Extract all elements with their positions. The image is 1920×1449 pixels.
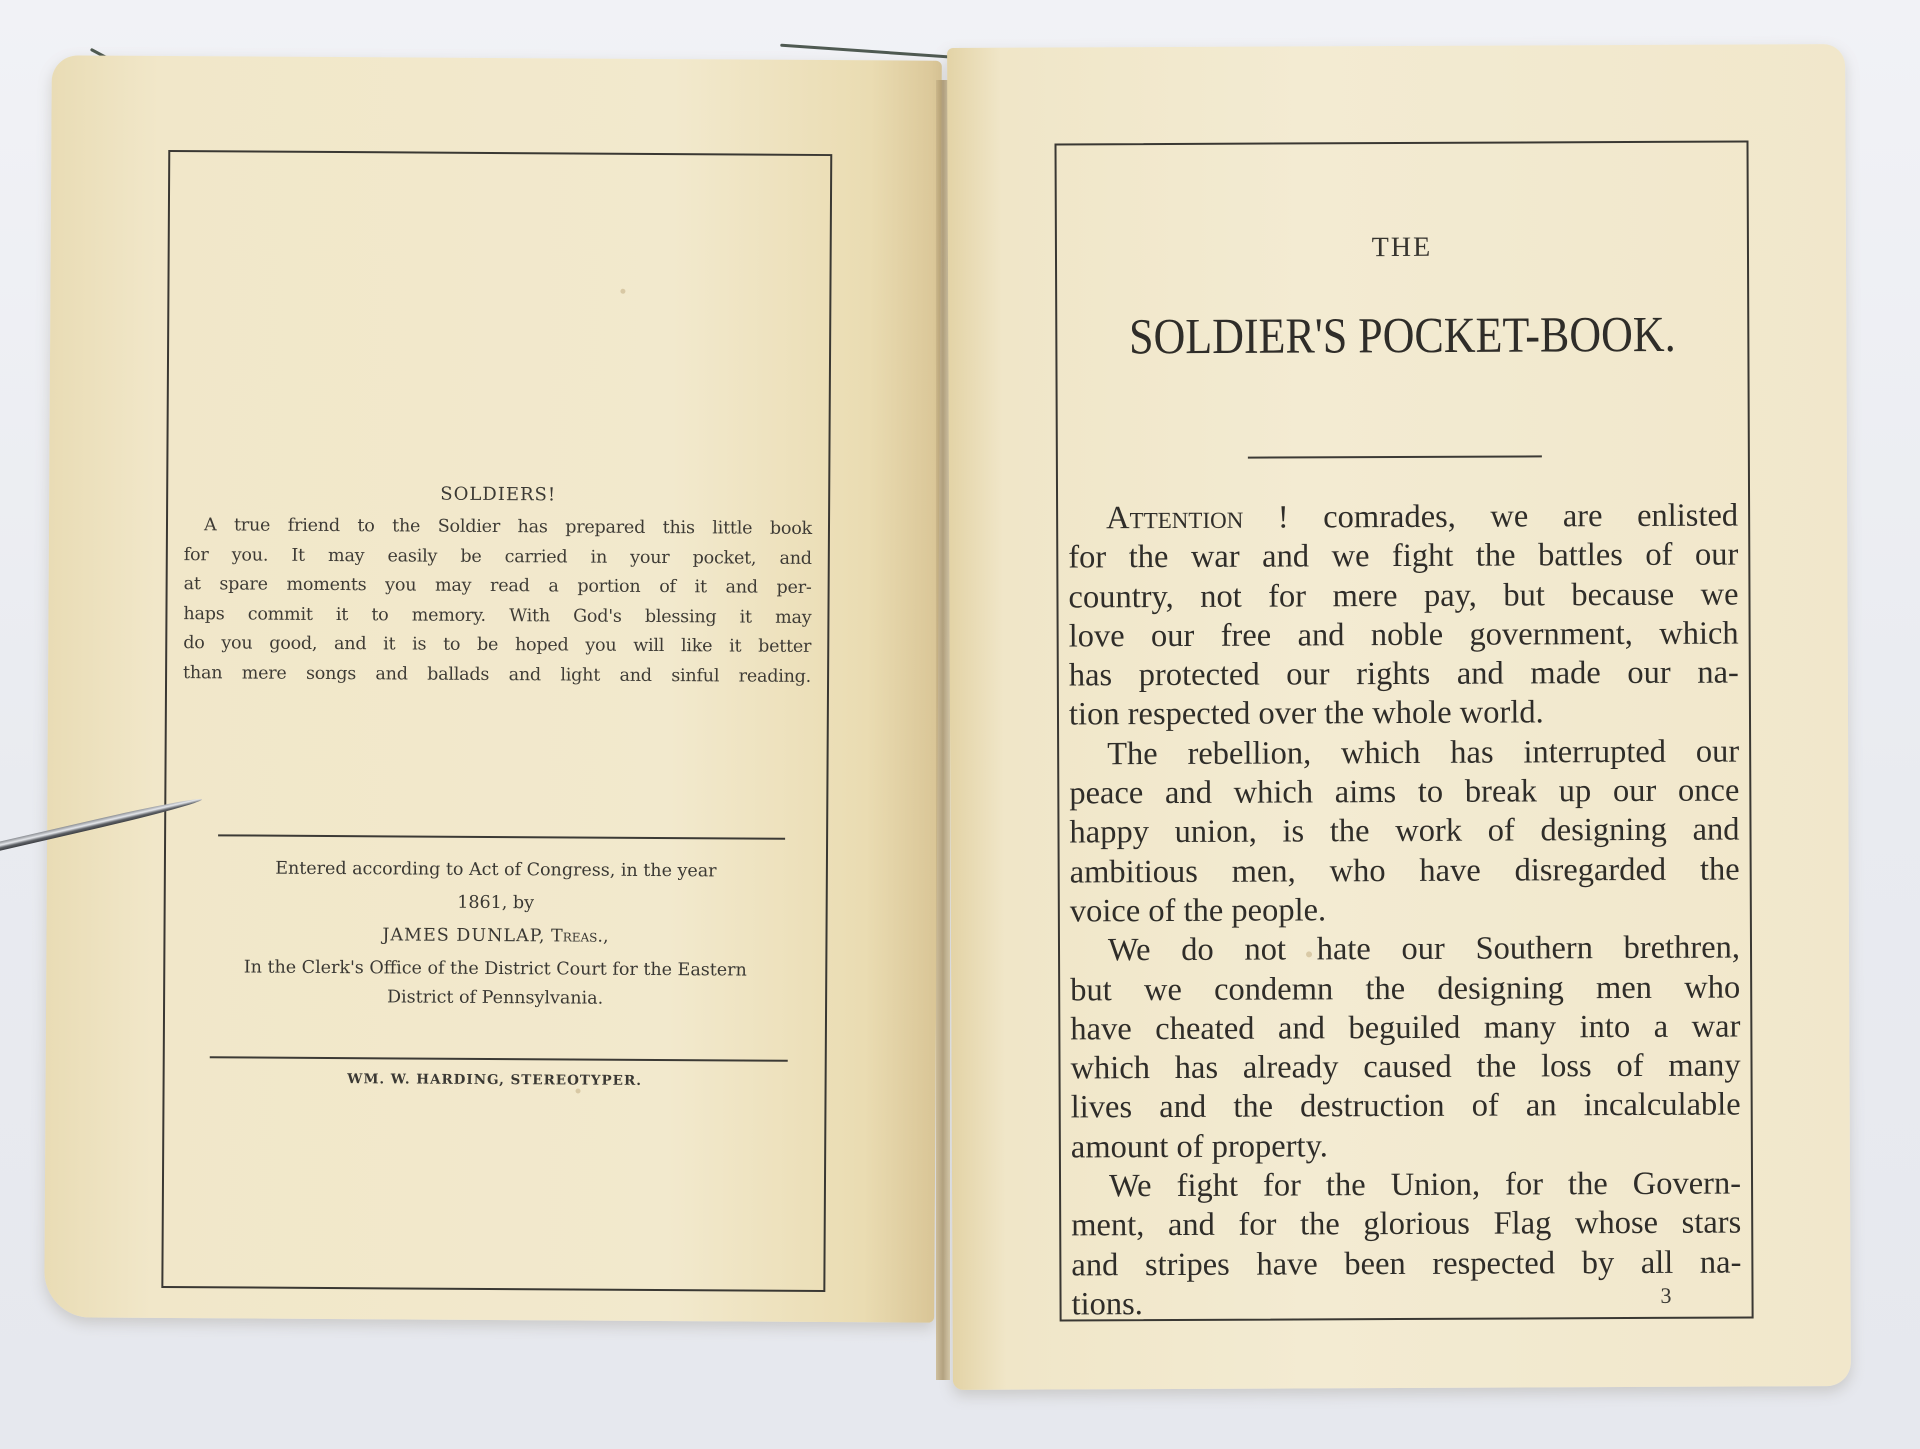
- text-line: ambitious men, who have disregarded the: [1070, 850, 1740, 892]
- copyright-holder: JAMES DUNLAP, Treas.,: [175, 918, 815, 955]
- page-title: SOLDIER'S POCKET-BOOK.: [1057, 305, 1747, 367]
- text-line: have cheated and beguiled many into a wa…: [1070, 1007, 1740, 1049]
- copyright-year: 1861, by: [176, 885, 816, 922]
- notice-line: haps commit it to memory. With God's ble…: [183, 600, 811, 633]
- text-line: voice of the people.: [1070, 889, 1740, 931]
- text-line: amount of property.: [1071, 1125, 1741, 1167]
- divider-rule: [218, 834, 785, 839]
- left-page-frame: SOLDIERS! A true friend to the Soldier h…: [161, 150, 832, 1292]
- holder-title: Treas.,: [551, 926, 609, 946]
- copyright-line: Entered according to Act of Congress, in…: [176, 852, 816, 889]
- notice-heading: SOLDIERS!: [184, 482, 812, 507]
- text-line: which has already caused the loss of man…: [1070, 1047, 1740, 1089]
- notice-line: for you. It may easily be carried in you…: [184, 541, 812, 574]
- text-line: lives and the destruction of an incalcul…: [1071, 1086, 1741, 1128]
- right-page-frame: THE SOLDIER'S POCKET-BOOK. Attention ! c…: [1054, 140, 1753, 1321]
- text-line: for the war and we fight the battles of …: [1068, 536, 1738, 578]
- title-rule: [1248, 455, 1542, 458]
- notice-line: do you good, and it is to be hoped you w…: [183, 629, 811, 662]
- stereotyper-credit: WM. W. HARDING, STEREOTYPER.: [165, 1070, 825, 1090]
- notice-line: A true friend to the Soldier has prepare…: [184, 511, 812, 544]
- page-number: 3: [1660, 1283, 1671, 1309]
- text-line: We fight for the Union, for the Govern-: [1071, 1165, 1741, 1207]
- title-article: THE: [1057, 230, 1747, 265]
- text-line: but we condemn the designing men who: [1070, 968, 1740, 1010]
- soldiers-notice: SOLDIERS! A true friend to the Soldier h…: [183, 482, 812, 692]
- text-fragment: ! comrades, we are enlisted: [1243, 498, 1738, 536]
- copyright-notice: Entered according to Act of Congress, in…: [175, 852, 816, 1017]
- text-line: peace and which aims to break up our onc…: [1069, 772, 1739, 814]
- notice-line: at spare moments you may read a portion …: [184, 570, 812, 603]
- notice-body: A true friend to the Soldier has prepare…: [183, 511, 812, 692]
- right-page: THE SOLDIER'S POCKET-BOOK. Attention ! c…: [947, 44, 1851, 1390]
- text-line: The rebellion, which has interrupted our: [1069, 732, 1739, 774]
- text-line: ment, and for the glorious Flag whose st…: [1071, 1204, 1741, 1246]
- text-line: love our free and noble government, whic…: [1069, 614, 1739, 656]
- divider-rule: [210, 1056, 788, 1062]
- holder-name: JAMES DUNLAP,: [382, 925, 545, 946]
- notice-line: than mere songs and ballads and light an…: [183, 659, 811, 692]
- body-text: Attention ! comrades, we are enlisted fo…: [1068, 497, 1742, 1325]
- lead-word: Attention: [1106, 500, 1243, 537]
- text-line: has protected our rights and made our na…: [1069, 654, 1739, 696]
- text-line: and stripes have been respected by all n…: [1071, 1243, 1741, 1285]
- text-line: tion respected over the whole world.: [1069, 693, 1739, 735]
- text-line: happy union, is the work of designing an…: [1069, 811, 1739, 853]
- text-line: Attention ! comrades, we are enlisted: [1068, 497, 1738, 539]
- text-line: tions.: [1071, 1282, 1741, 1324]
- left-page: SOLDIERS! A true friend to the Soldier h…: [44, 55, 942, 1322]
- text-line: We do not hate our Southern brethren,: [1070, 929, 1740, 971]
- text-line: country, not for mere pay, but because w…: [1068, 575, 1738, 617]
